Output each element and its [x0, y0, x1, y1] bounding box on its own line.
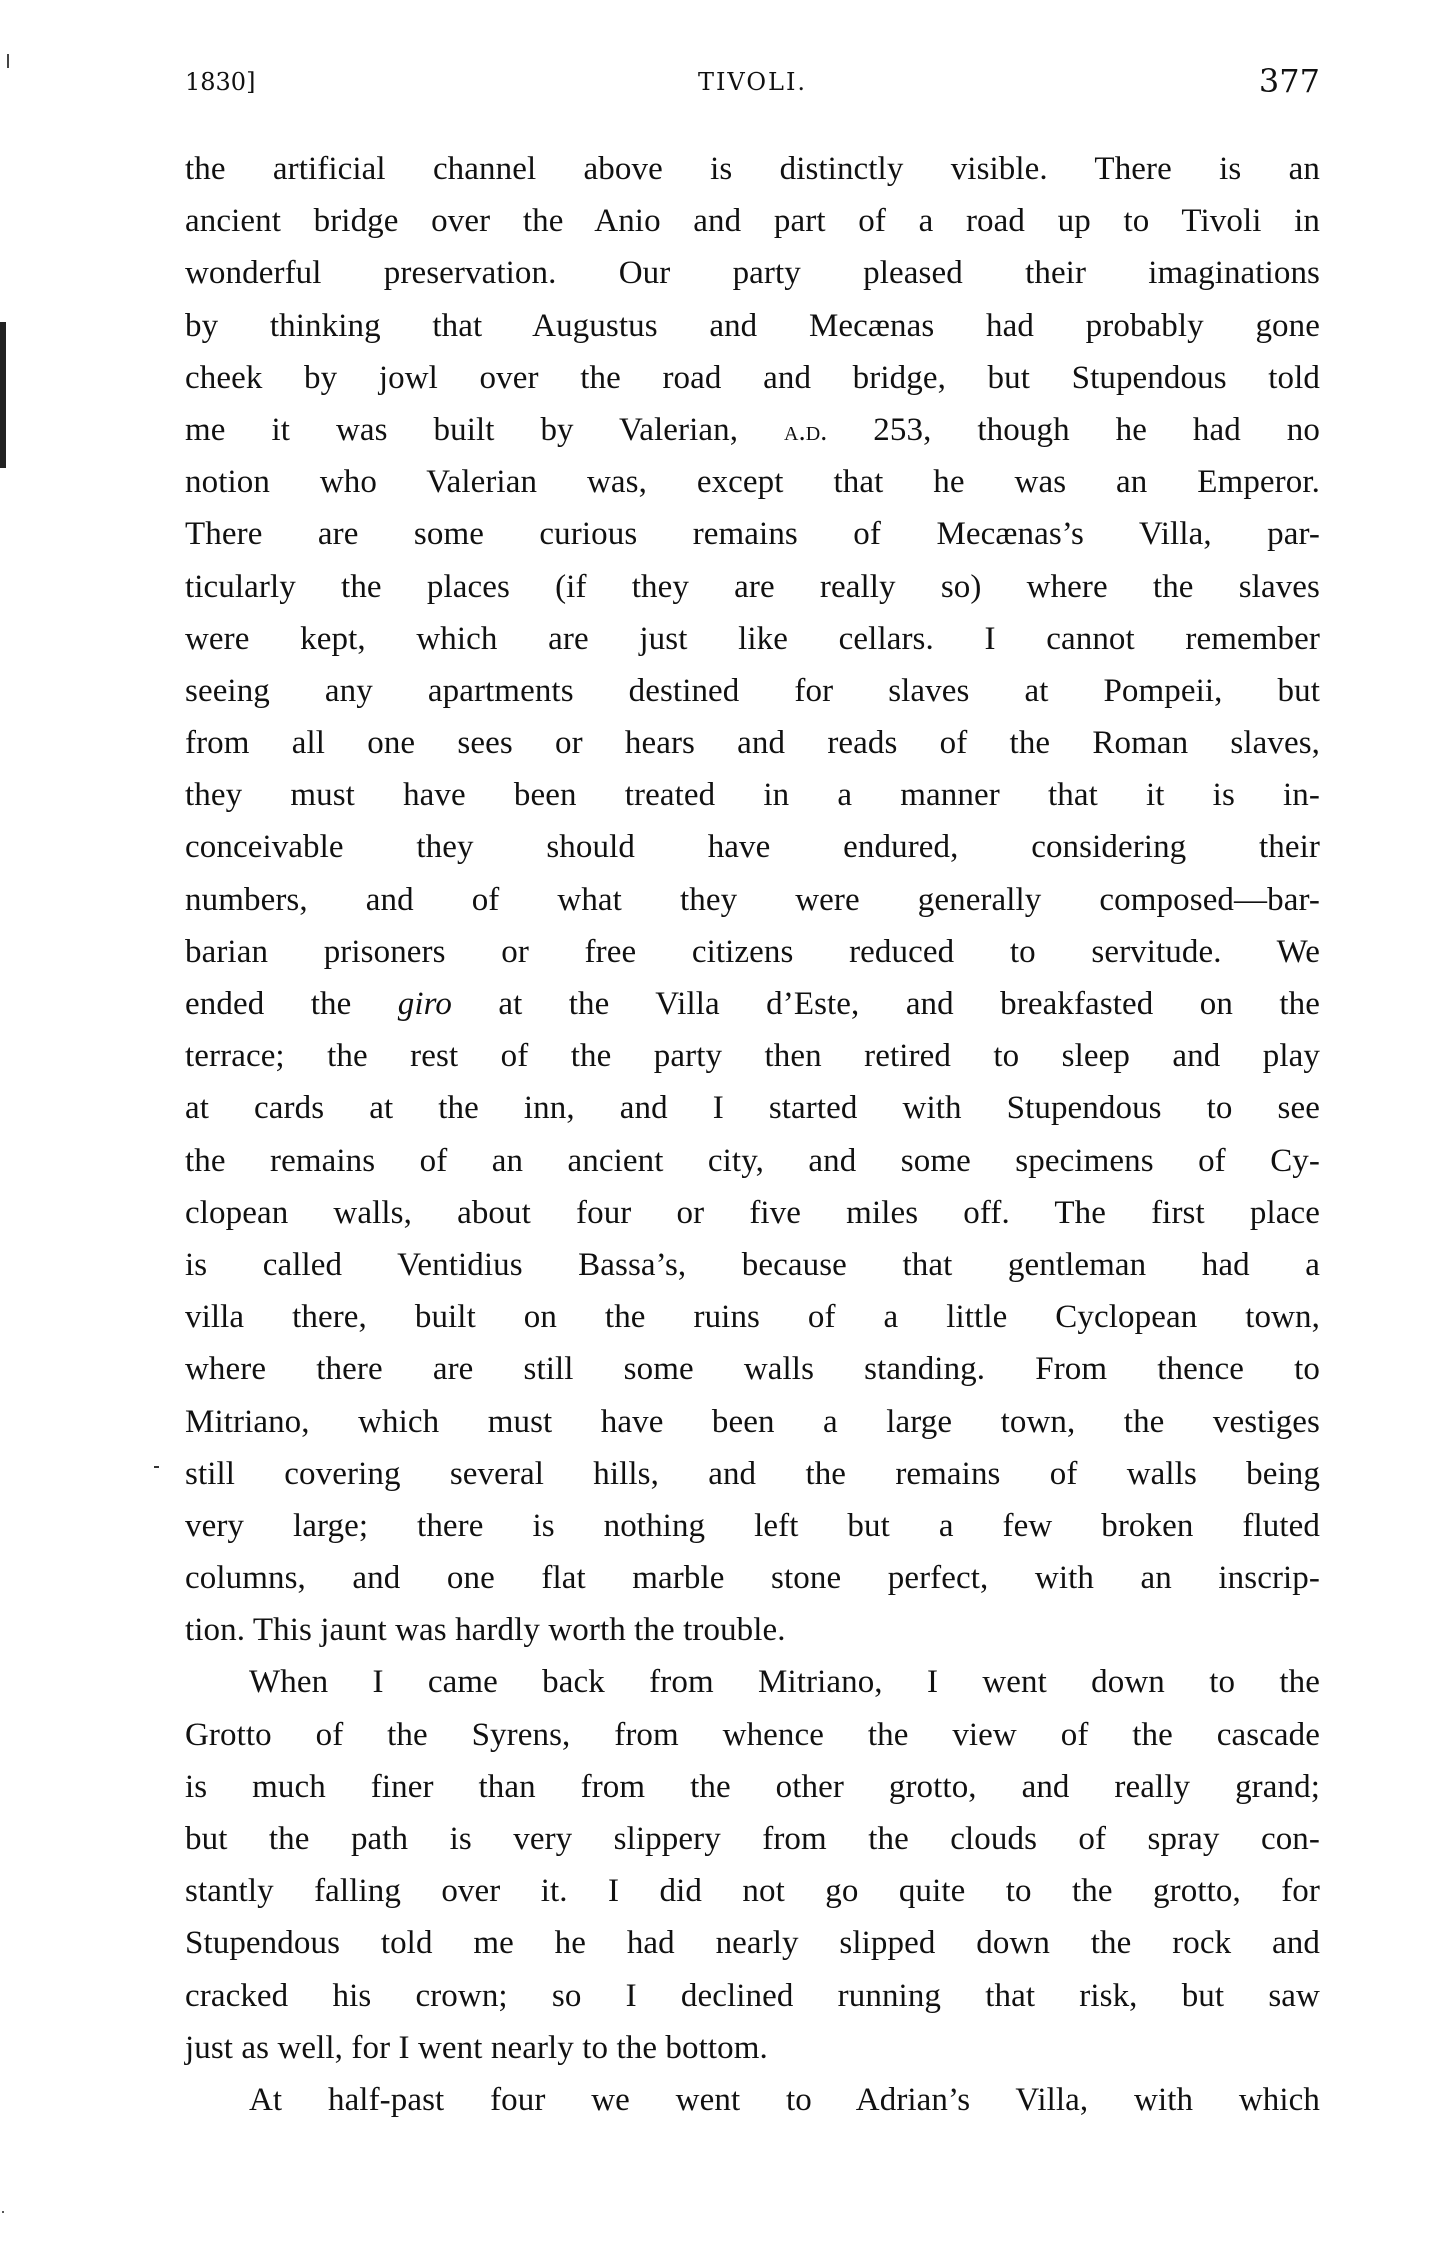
text-line: columns, and one flat marble stone perfe…	[185, 1552, 1320, 1604]
text-line: me it was built by Valerian, a.d. 253, t…	[185, 404, 1320, 456]
text-line: still covering several hills, and the re…	[185, 1448, 1320, 1500]
text-line: ended the giro at the Villa d’Este, and …	[185, 978, 1320, 1030]
text-line: but the path is very slippery from the c…	[185, 1813, 1320, 1865]
text-line: they must have been treated in a manner …	[185, 769, 1320, 821]
text-fragment: ended the	[185, 986, 398, 1022]
text-fragment: at the Villa d’Este, and breakfasted on …	[452, 986, 1320, 1022]
text-line: Mitriano, which must have been a large t…	[185, 1396, 1320, 1448]
text-line: ancient bridge over the Anio and part of…	[185, 195, 1320, 247]
text-fragment: me it was built by Valerian,	[185, 412, 784, 448]
margin-dot-mark	[2, 2211, 4, 2213]
text-line: at cards at the inn, and I started with …	[185, 1082, 1320, 1134]
text-line: notion who Valerian was, except that he …	[185, 456, 1320, 508]
margin-scan-mark	[7, 54, 9, 68]
text-line: clopean walls, about four or five miles …	[185, 1187, 1320, 1239]
text-line: terrace; the rest of the party then reti…	[185, 1030, 1320, 1082]
text-line: is called Ventidius Bassa’s, because tha…	[185, 1239, 1320, 1291]
paragraph-start-line: At half-past four we went to Adrian’s Vi…	[185, 2074, 1320, 2126]
paragraph-end-line: just as well, for I went nearly to the b…	[185, 2022, 1320, 2074]
text-line: There are some curious remains of Mecæna…	[185, 508, 1320, 560]
page-body: the artificial channel above is distinct…	[185, 143, 1320, 2126]
text-line: stantly falling over it. I did not go qu…	[185, 1865, 1320, 1917]
text-line: the artificial channel above is distinct…	[185, 143, 1320, 195]
margin-scan-bar	[0, 322, 6, 468]
text-line: villa there, built on the ruins of a lit…	[185, 1291, 1320, 1343]
small-caps-era: a.d.	[784, 416, 827, 447]
paragraph-end-line: tion. This jaunt was hardly worth the tr…	[185, 1604, 1320, 1656]
header-running-title: TIVOLI.	[185, 68, 1320, 96]
running-header: 1830] TIVOLI. 377	[185, 62, 1320, 102]
text-line: is much finer than from the other grotto…	[185, 1761, 1320, 1813]
text-line: by thinking that Augustus and Mecænas ha…	[185, 300, 1320, 352]
text-line: conceivable they should have endured, co…	[185, 821, 1320, 873]
text-line: very large; there is nothing left but a …	[185, 1500, 1320, 1552]
text-line: the remains of an ancient city, and some…	[185, 1135, 1320, 1187]
text-line: seeing any apartments destined for slave…	[185, 665, 1320, 717]
text-line: ticularly the places (if they are really…	[185, 561, 1320, 613]
text-line: from all one sees or hears and reads of …	[185, 717, 1320, 769]
text-line: wonderful preservation. Our party please…	[185, 247, 1320, 299]
page-number: 377	[1259, 62, 1320, 100]
text-fragment: 253, though he had no	[827, 412, 1320, 448]
text-line: Stupendous told me he had nearly slipped…	[185, 1917, 1320, 1969]
italic-word: giro	[398, 986, 452, 1022]
text-line: where there are still some walls standin…	[185, 1343, 1320, 1395]
text-line: barian prisoners or free citizens reduce…	[185, 926, 1320, 978]
text-line: cracked his crown; so I declined running…	[185, 1970, 1320, 2022]
text-line: Grotto of the Syrens, from whence the vi…	[185, 1709, 1320, 1761]
paragraph-start-line: When I came back from Mitriano, I went d…	[185, 1656, 1320, 1708]
text-line: cheek by jowl over the road and bridge, …	[185, 352, 1320, 404]
text-line: numbers, and of what they were generally…	[185, 874, 1320, 926]
margin-dash-mark	[154, 1466, 159, 1468]
text-line: were kept, which are just like cellars. …	[185, 613, 1320, 665]
